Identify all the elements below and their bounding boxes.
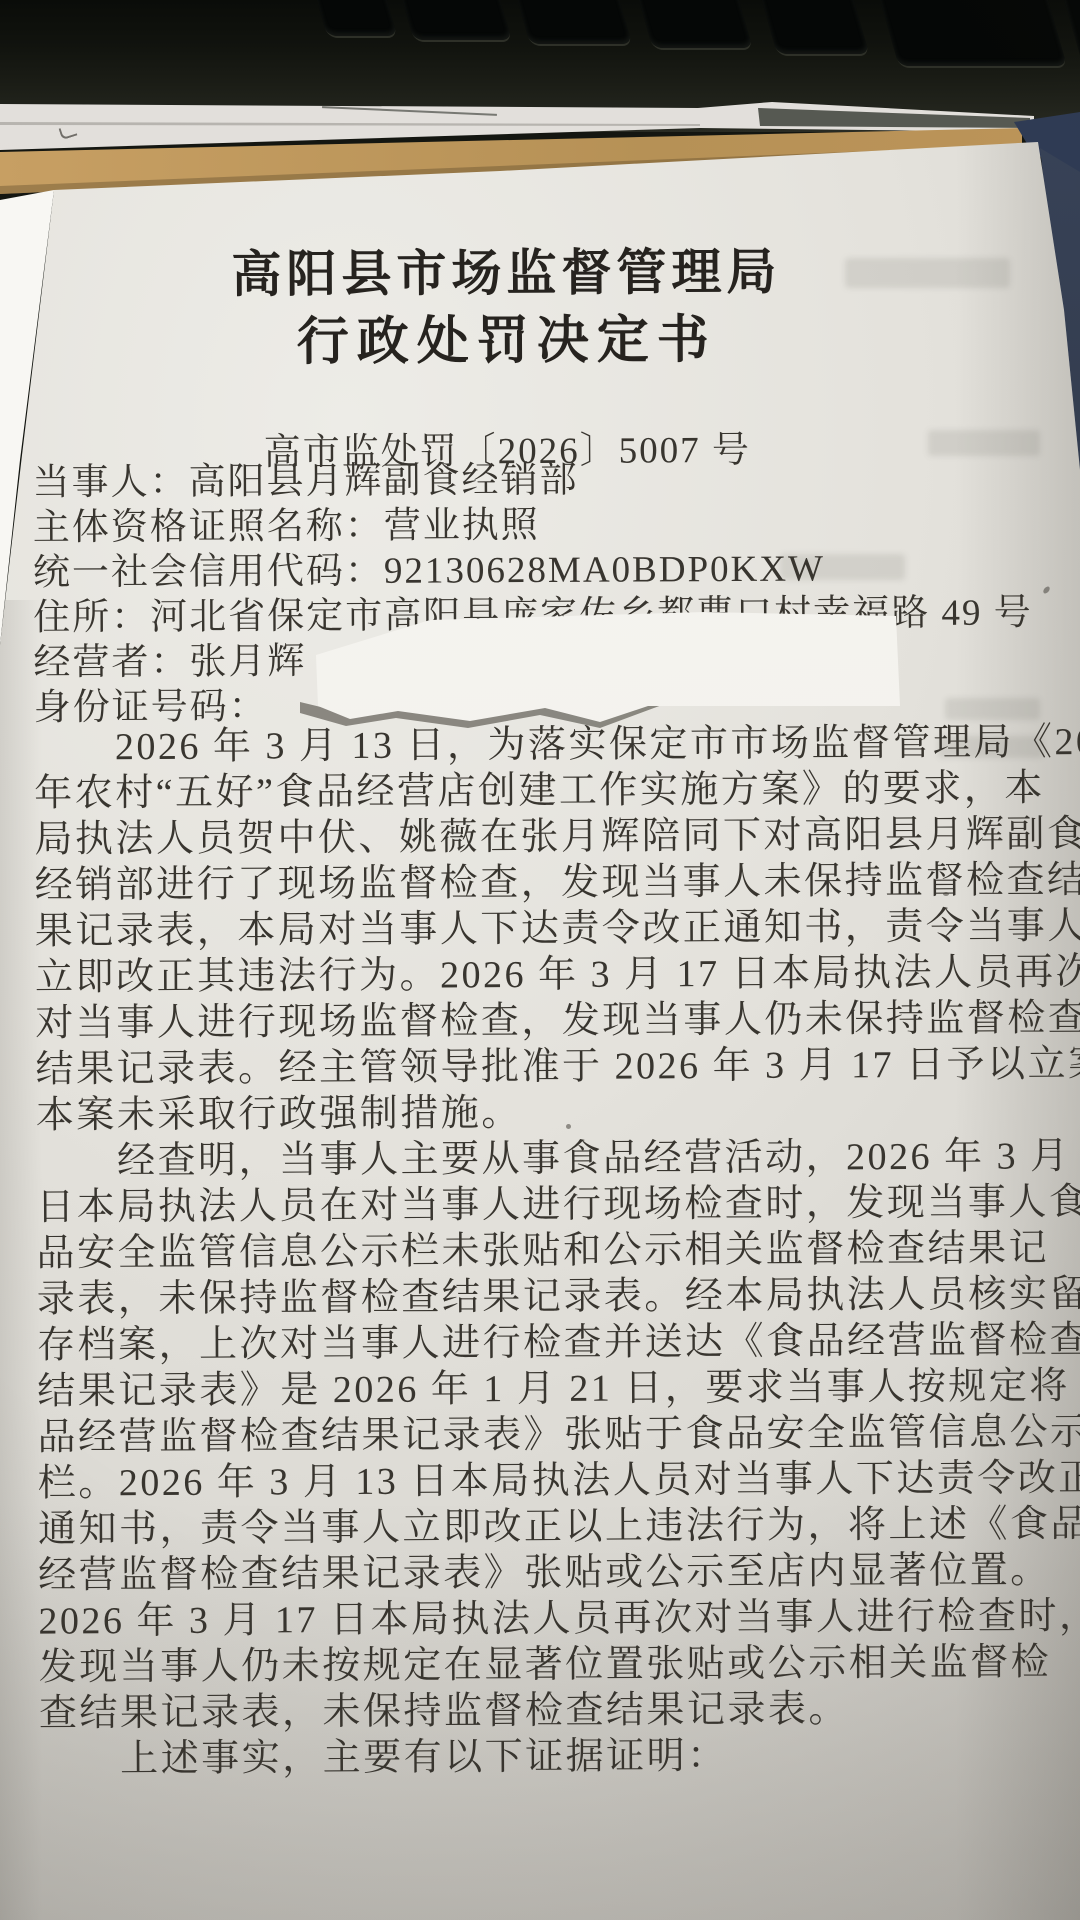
body-line: 栏。2026 年 3 月 13 日本局执法人员对当事人下达责令改正	[38, 1455, 1048, 1506]
body-paragraphs: 2026 年 3 月 13 日，为落实保定市市场监督管理局《2026年农村“五好…	[34, 719, 1050, 1782]
keyboard-key	[754, 0, 870, 56]
body-line: 结果记录表。经主管领导批准于 2026 年 3 月 17 日予以立案，	[35, 1041, 1045, 1092]
field-label: 身份证号码：	[34, 686, 268, 728]
body-line: 经销部进行了现场监督检查，发现当事人未保持监督检查结	[35, 857, 1045, 908]
body-line: 存档案，上次对当事人进行检查并送达《食品经营监督检查	[37, 1317, 1047, 1368]
field-label: 住所：	[33, 597, 150, 639]
body-line: 结果记录表》是 2026 年 1 月 21 日，要求当事人按规定将《食	[37, 1363, 1047, 1414]
field-line: 当事人：高阳县月辉副食经销部	[32, 455, 1042, 505]
document-page: 高阳县市场监督管理局 行政处罚决定书 高市监处罚〔2026〕5007 号 当事人…	[0, 0, 1080, 1920]
body-line: 品经营监督检查结果记录表》张贴于食品安全监管信息公示	[37, 1409, 1047, 1460]
keyboard-key	[509, 0, 632, 46]
field-label: 主体资格证照名称：	[33, 506, 384, 549]
field-value: 92130628MA0BDP0KXW	[384, 548, 825, 591]
body-line: 局执法人员贺中伏、姚薇在张月辉陪同下对高阳县月辉副食	[34, 811, 1044, 862]
field-line: 主体资格证照名称：营业执照	[33, 500, 1043, 550]
body-line: 录表，未保持监督检查结果记录表。经本局执法人员核实留	[37, 1271, 1047, 1322]
body-line: 发现当事人仍未按规定在显著位置张贴或公示相关监督检	[39, 1639, 1049, 1690]
field-value: 营业执照	[384, 505, 540, 547]
keyboard-key	[873, 0, 1068, 68]
document-title-line-2: 行政处罚决定书	[32, 296, 982, 376]
body-line: 果记录表，本局对当事人下达责令改正通知书，责令当事人	[35, 903, 1045, 954]
body-line: 立即改正其违法行为。2026 年 3 月 17 日本局执法人员再次	[35, 949, 1045, 1000]
body-line: 上述事实，主要有以下证据证明：	[39, 1731, 1049, 1782]
body-line: 对当事人进行现场监督检查，发现当事人仍未保持监督检查	[35, 995, 1045, 1046]
field-label: 经营者：	[33, 642, 189, 684]
body-line: 经查明，当事人主要从事食品经营活动，2026 年 3 月 13	[36, 1133, 1046, 1184]
body-line: 2026 年 3 月 17 日本局执法人员再次对当事人进行检查时，	[38, 1593, 1048, 1644]
field-label: 统一社会信用代码：	[33, 551, 384, 594]
keyboard-key	[308, 0, 397, 38]
desk-photo-scene: 高阳县市场监督管理局 行政处罚决定书 高市监处罚〔2026〕5007 号 当事人…	[0, 0, 1080, 1920]
body-line: 本案未采取行政强制措施。	[36, 1087, 1046, 1138]
keyboard-key	[631, 0, 753, 50]
keyboard-key	[394, 0, 513, 42]
body-line: 2026 年 3 月 13 日，为落实保定市市场监督管理局《2026	[34, 719, 1044, 770]
body-line: 年农村“五好”食品经营店创建工作实施方案》的要求，本	[34, 765, 1044, 816]
field-label: 当事人：	[32, 462, 188, 504]
body-line: 日本局执法人员在对当事人进行现场检查时，发现当事人食	[36, 1179, 1046, 1230]
body-line: 品安全监管信息公示栏未张贴和公示相关监督检查结果记	[36, 1225, 1046, 1276]
body-paragraph: 上述事实，主要有以下证据证明：	[39, 1731, 1049, 1782]
body-line: 经营监督检查结果记录表》张贴或公示至店内显著位置。	[38, 1547, 1048, 1598]
field-line: 统一社会信用代码：92130628MA0BDP0KXW	[33, 545, 1043, 595]
body-line: 查结果记录表，未保持监督检查结果记录表。	[39, 1685, 1049, 1736]
body-paragraph: 经查明，当事人主要从事食品经营活动，2026 年 3 月 13日本局执法人员在对…	[36, 1133, 1049, 1736]
field-value: 高阳县月辉副食经销部	[188, 460, 578, 503]
field-value: 张月辉	[189, 641, 306, 683]
body-line: 通知书，责令当事人立即改正以上违法行为，将上述《食品	[38, 1501, 1048, 1552]
body-paragraph: 2026 年 3 月 13 日，为落实保定市市场监督管理局《2026年农村“五好…	[34, 719, 1046, 1138]
